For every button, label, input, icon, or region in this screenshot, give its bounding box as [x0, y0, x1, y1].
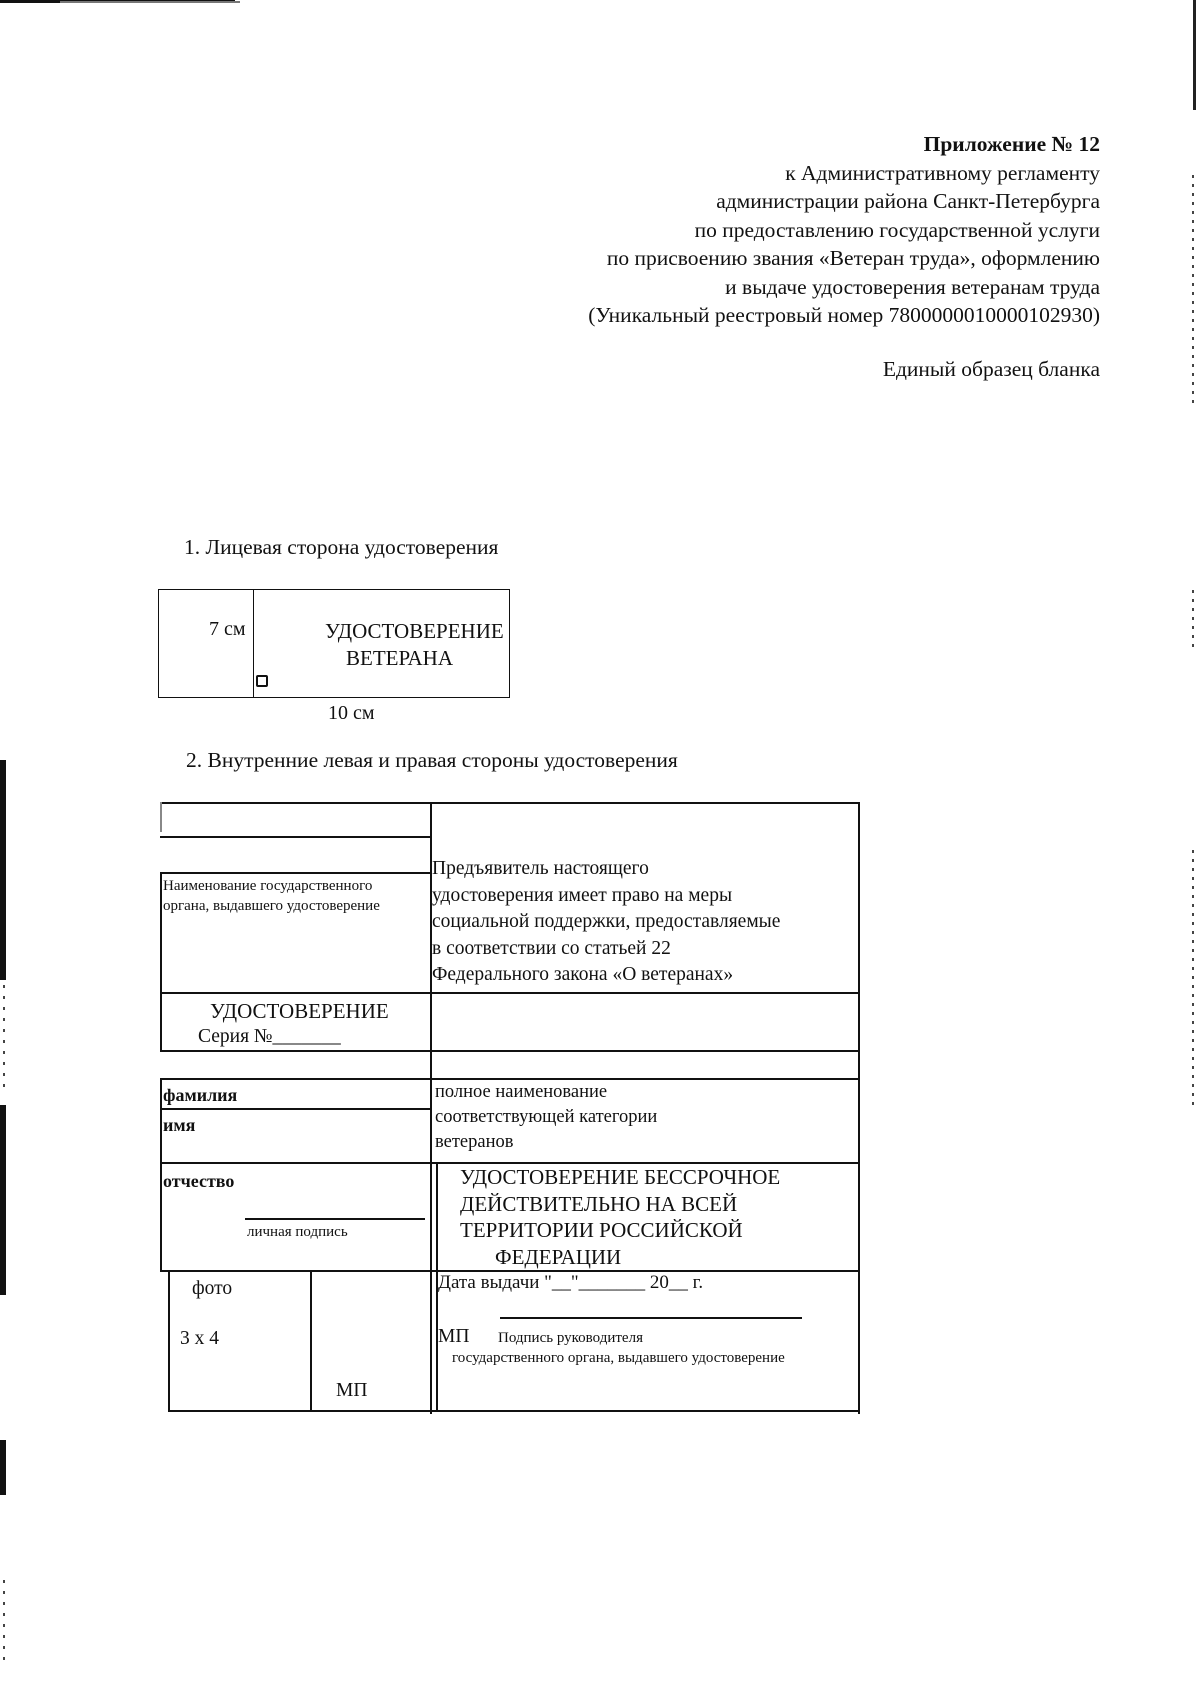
table-border: [168, 1270, 170, 1410]
rights-line: Предъявитель настоящего: [432, 856, 780, 883]
scan-edge-mark: [60, 1, 240, 3]
header-line: по предоставлению государственной услуги: [588, 216, 1100, 245]
table-border: [160, 992, 162, 1050]
validity-line: ТЕРРИТОРИИ РОССИЙСКОЙ: [460, 1217, 780, 1244]
header-line: (Уникальный реестровый номер 78000000100…: [588, 301, 1100, 330]
name-label: имя: [163, 1112, 195, 1139]
table-border: [160, 802, 860, 804]
category-line: соответствующей категории: [435, 1105, 657, 1130]
validity-text: УДОСТОВЕРЕНИЕ БЕССРОЧНОЕ ДЕЙСТВИТЕЛЬНО Н…: [460, 1164, 780, 1270]
card-title: УДОСТОВЕРЕНИЕ ВЕТЕРАНА: [255, 618, 509, 672]
inner-sides-table: Наименование государственного органа, вы…: [160, 802, 860, 1414]
appendix-header: Приложение № 12 к Административному регл…: [588, 130, 1100, 330]
validity-line: ФЕДЕРАЦИИ: [460, 1244, 780, 1271]
issuer-label: Наименование государственного органа, вы…: [163, 876, 380, 916]
header-line: и выдаче удостоверения ветеранам труда: [588, 273, 1100, 302]
series-field: Серия №_______: [198, 1024, 341, 1051]
fold-line: [253, 590, 254, 697]
width-dimension: 10 см: [328, 702, 375, 725]
header-line: администрации района Санкт-Петербурга: [588, 187, 1100, 216]
stamp-place-left: МП: [336, 1378, 367, 1405]
table-border: [160, 1162, 162, 1270]
table-border: [160, 802, 162, 832]
table-rule: [160, 836, 430, 838]
corner-square-icon: [256, 675, 268, 687]
table-rule: [160, 1050, 860, 1052]
header-line: по присвоению звания «Ветеран труда», оф…: [588, 244, 1100, 273]
doc-title: УДОСТОВЕРЕНИЕ: [210, 998, 389, 1024]
surname-label: фамилия: [163, 1082, 237, 1109]
patronymic-label: отчество: [163, 1168, 234, 1195]
scan-edge-mark: [1192, 850, 1194, 1110]
rights-line: Федерального закона «О ветеранах»: [432, 962, 780, 989]
scan-edge-mark: [3, 1580, 5, 1660]
head-signature-line: [500, 1317, 802, 1319]
table-rule: [160, 992, 860, 994]
card-title-line: УДОСТОВЕРЕНИЕ: [255, 618, 509, 645]
category-line: полное наименование: [435, 1080, 657, 1105]
category-line: ветеранов: [435, 1130, 657, 1155]
scan-edge-mark: [1193, 0, 1196, 110]
table-divider: [310, 1270, 312, 1410]
issue-date-field: Дата выдачи "__"_______ 20__ г.: [438, 1270, 703, 1297]
signature-line: [245, 1218, 425, 1220]
head-signature-label: государственного органа, выдавшего удост…: [452, 1348, 785, 1368]
header-line: к Административному регламенту: [588, 159, 1100, 188]
validity-line: УДОСТОВЕРЕНИЕ БЕССРОЧНОЕ: [460, 1164, 780, 1191]
height-dimension: 7 см: [209, 618, 246, 641]
blank-form-label: Единый образец бланка: [883, 357, 1100, 382]
scan-edge-mark: [0, 1440, 6, 1495]
rights-line: удостоверения имеет право на меры: [432, 883, 780, 910]
category-text: полное наименование соответствующей кате…: [435, 1080, 657, 1155]
appendix-title: Приложение № 12: [588, 130, 1100, 159]
head-signature-label: Подпись руководителя: [498, 1328, 643, 1348]
scan-edge-mark: [1192, 590, 1194, 650]
front-side-diagram: 7 см УДОСТОВЕРЕНИЕ ВЕТЕРАНА: [158, 589, 510, 698]
table-border: [168, 1410, 860, 1412]
table-rule: [160, 1108, 430, 1110]
table-border: [160, 872, 162, 992]
section-2-title: 2. Внутренние левая и правая стороны удо…: [186, 748, 678, 773]
scan-edge-mark: [1192, 175, 1194, 405]
table-border: [858, 802, 860, 1414]
table-divider: [436, 1162, 438, 1270]
photo-label: фото: [192, 1276, 232, 1303]
card-title-line: ВЕТЕРАНА: [255, 645, 509, 672]
stamp-place-right: МП: [438, 1324, 469, 1351]
rights-line: в соответствии со статьей 22: [432, 936, 780, 963]
rights-line: социальной поддержки, предоставляемые: [432, 909, 780, 936]
rights-text: Предъявитель настоящего удостоверения им…: [432, 856, 780, 989]
scan-edge-mark: [0, 1105, 6, 1295]
table-border: [160, 1078, 162, 1162]
scan-edge-mark: [0, 760, 6, 980]
validity-line: ДЕЙСТВИТЕЛЬНО НА ВСЕЙ: [460, 1191, 780, 1218]
scan-edge-mark: [3, 985, 5, 1095]
signature-label: личная подпись: [247, 1222, 348, 1242]
issuer-label-line: органа, выдавшего удостоверение: [163, 896, 380, 916]
table-rule: [160, 872, 430, 874]
photo-size: 3 х 4: [180, 1326, 219, 1353]
section-1-title: 1. Лицевая сторона удостоверения: [184, 535, 498, 560]
issuer-label-line: Наименование государственного: [163, 876, 380, 896]
